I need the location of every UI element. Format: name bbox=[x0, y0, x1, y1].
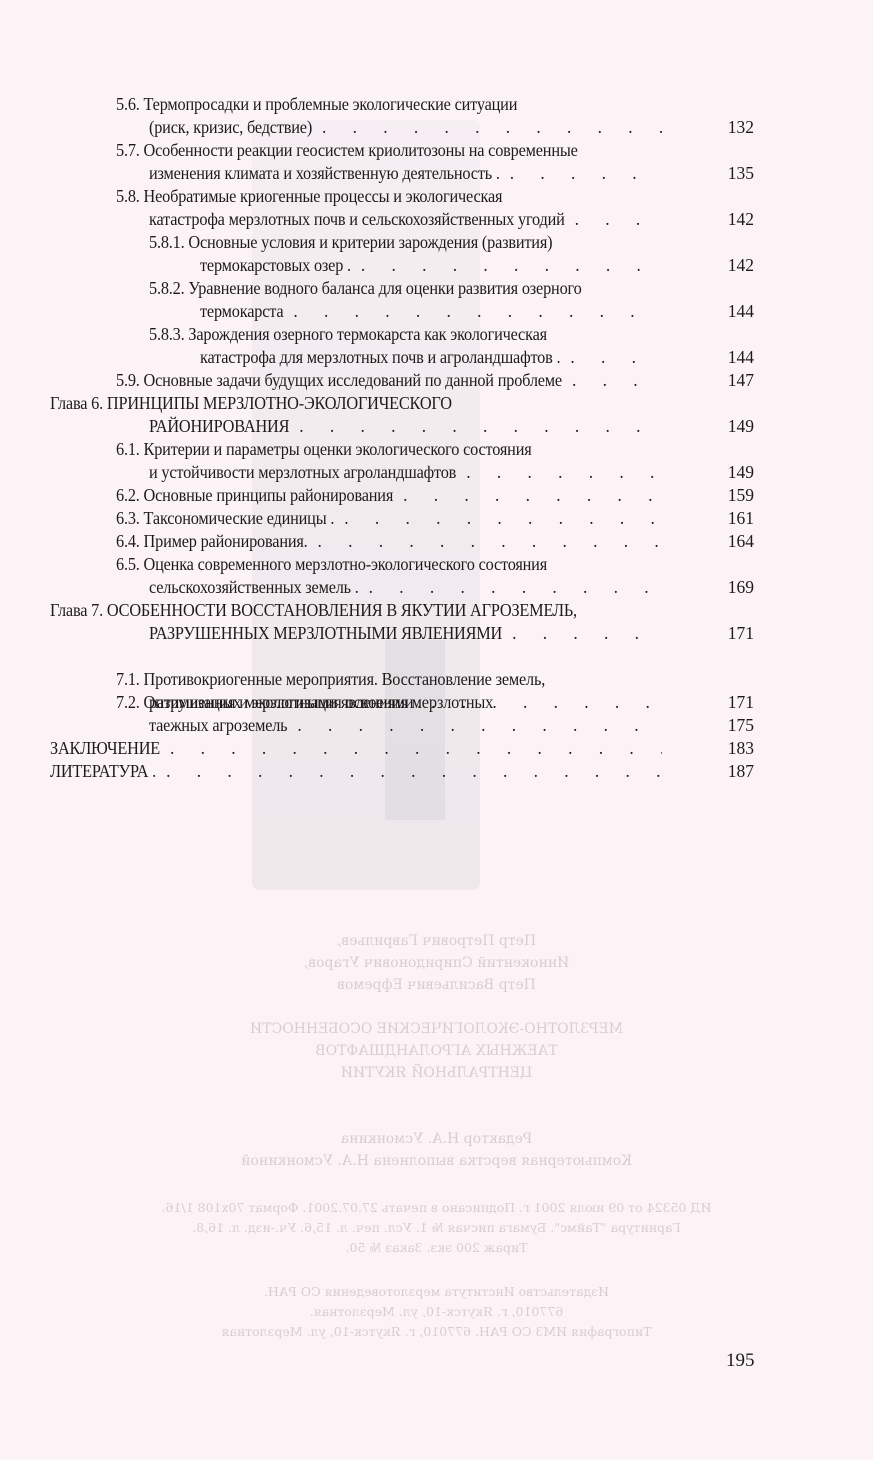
toc-page-number: 147 bbox=[694, 369, 754, 392]
bleed-line: Издательство Института мерзлотоведения С… bbox=[0, 1282, 873, 1302]
bleed-title: МЕРЗЛОТНО-ЭКОЛОГИЧЕСКИЕ ОСОБЕННОСТИ ТАЕЖ… bbox=[0, 1018, 873, 1084]
toc-entry-text: и устойчивости мерзлотных агроландшафтов bbox=[149, 461, 456, 484]
toc-entry-text: Глава 7. ОСОБЕННОСТИ ВОССТАНОВЛЕНИЯ В ЯК… bbox=[50, 599, 577, 622]
dot-leader: . . . . . . . . . . . . . . . . . . . . … bbox=[166, 760, 662, 783]
page-number: 195 bbox=[726, 1350, 755, 1372]
toc-entry-text: 6.1. Критерии и параметры оценки экологи… bbox=[116, 438, 532, 461]
bleed-line: Редактор Н.А. Усмонкина bbox=[0, 1128, 873, 1150]
bleed-line: МЕРЗЛОТНО-ЭКОЛОГИЧЕСКИЕ ОСОБЕННОСТИ bbox=[0, 1018, 873, 1040]
toc-page-number: 171 bbox=[694, 691, 754, 714]
dot-leader: . . . . . . . . . . . . . . . . . . . . … bbox=[570, 346, 662, 369]
toc-entry-text: катастрофа для мерзлотных почв и агролан… bbox=[200, 346, 560, 369]
bleed-imprint: ИД 05324 от 09 июля 2001 г. Подписано в … bbox=[0, 1198, 873, 1258]
bleed-line: Гарнитура "Таймс". Бумага писчая № 1. Ус… bbox=[0, 1218, 873, 1238]
bleed-line: Петр Васильевич Ефремов bbox=[0, 974, 873, 996]
toc-page-number: 149 bbox=[694, 461, 754, 484]
toc-entry-text: 6.4. Пример районирования. bbox=[116, 530, 308, 553]
toc-entry-text: сельскохозяйственных земель . bbox=[149, 576, 359, 599]
toc-page-number: 149 bbox=[694, 415, 754, 438]
bleed-line: Иннокентий Спиридонович Угаров, bbox=[0, 952, 873, 974]
toc-entry-text: термокарста bbox=[200, 300, 283, 323]
toc-entry-text: катастрофа мерзлотных почв и сельскохозя… bbox=[149, 208, 565, 231]
toc-entry-text: 6.2. Основные принципы районирования bbox=[116, 484, 393, 507]
toc-page-number: 159 bbox=[694, 484, 754, 507]
dot-leader: . . . . . . . . . . . . . . . . . . . . … bbox=[299, 415, 662, 438]
bleed-line: Компьютерная верстка выполнена Н.А. Усмо… bbox=[0, 1150, 873, 1172]
toc-entry-text: 7.1. Противокриогенные мероприятия. Восс… bbox=[116, 668, 545, 691]
toc-page-number: 187 bbox=[694, 760, 754, 783]
toc-page-number: 144 bbox=[694, 300, 754, 323]
toc-entry-text: ЛИТЕРАТУРА . bbox=[50, 760, 156, 783]
dot-leader: . . . . . . . . . . . . . . . . . . . . … bbox=[293, 300, 662, 323]
toc-page-number: 175 bbox=[694, 714, 754, 737]
bleed-line: Тираж 200 экз. Заказ № 50. bbox=[0, 1238, 873, 1258]
toc-page-number: 144 bbox=[694, 346, 754, 369]
toc-page-number: 142 bbox=[694, 208, 754, 231]
dot-leader: . . . . . . . . . . . . . . . . . . . . … bbox=[297, 714, 662, 737]
toc-entry-text: изменения климата и хозяйственную деятел… bbox=[149, 162, 500, 185]
toc-page-number: 132 bbox=[694, 116, 754, 139]
toc-entry-text: 6.3. Таксономические единицы . bbox=[116, 507, 334, 530]
dot-leader: . . . . . . . . . . . . . . . . . . . . … bbox=[170, 737, 662, 760]
toc-page-number: 161 bbox=[694, 507, 754, 530]
toc-entry-text: таежных агроземель bbox=[149, 714, 287, 737]
toc-page-number: 164 bbox=[694, 530, 754, 553]
toc-entry-text: термокарстовых озер . bbox=[200, 254, 351, 277]
toc-page-number: 135 bbox=[694, 162, 754, 185]
dot-leader: . . . . . . . . . . . . . . . . . . . . … bbox=[572, 369, 662, 392]
dot-leader: . . . . . . . . . . . . . . . . . . . . … bbox=[466, 461, 662, 484]
dot-leader: . . . . . . . . . . . . . . . . . . . . … bbox=[512, 622, 662, 645]
toc-entry-text: 5.6. Термопросадки и проблемные экологич… bbox=[116, 93, 517, 116]
dot-leader: . . . . . . . . . . . . . . . . . . . . … bbox=[403, 484, 662, 507]
toc-entry-text: (риск, кризис, бедствие) bbox=[149, 116, 312, 139]
dot-leader: . . . . . . . . . . . . . . . . . . . . … bbox=[361, 254, 662, 277]
toc-entry-text: 6.5. Оценка современного мерзлотно-эколо… bbox=[116, 553, 547, 576]
bleed-line: ЦЕНТРАЛЬНОЙ ЯКУТИИ bbox=[0, 1062, 873, 1084]
bleed-line: 677010, г. Якутск-10, ул. Мерзлотная. bbox=[0, 1302, 873, 1322]
bleed-line: ИД 05324 от 09 июля 2001 г. Подписано в … bbox=[0, 1198, 873, 1218]
toc-page-number: 183 bbox=[694, 737, 754, 760]
bleed-line: Петр Петрович Гаврильев, bbox=[0, 930, 873, 952]
bleed-editor: Редактор Н.А. Усмонкина Компьютерная вер… bbox=[0, 1128, 873, 1172]
toc-entry-text: 5.8. Необратимые криогенные процессы и э… bbox=[116, 185, 502, 208]
toc-entry-text: 5.7. Особенности реакции геосистем криол… bbox=[116, 139, 578, 162]
toc-entry-text: 5.8.1. Основные условия и критерии зарож… bbox=[149, 231, 552, 254]
dot-leader: . . . . . . . . . . . . . . . . . . . . … bbox=[510, 162, 662, 185]
book-page: Петр Петрович Гаврильев, Иннокентий Спир… bbox=[0, 0, 873, 1460]
bleed-line: Типография ИМЗ СО РАН. 677010, г. Якутск… bbox=[0, 1322, 873, 1342]
bleed-publisher: Издательство Института мерзлотоведения С… bbox=[0, 1282, 873, 1342]
dot-leader: . . . . . . . . . . . . . . . . . . . . … bbox=[431, 691, 662, 714]
toc-entry-text: 5.8.3. Зарождения озерного термокарста к… bbox=[149, 323, 547, 346]
bleed-authors: Петр Петрович Гаврильев, Иннокентий Спир… bbox=[0, 930, 873, 996]
dot-leader: . . . . . . . . . . . . . . . . . . . . … bbox=[344, 507, 662, 530]
toc-entry-text: 5.8.2. Уравнение водного баланса для оце… bbox=[149, 277, 582, 300]
toc-page-number: 171 bbox=[694, 622, 754, 645]
dot-leader: . . . . . . . . . . . . . . . . . . . . … bbox=[322, 116, 662, 139]
toc-entry-text: 5.9. Основные задачи будущих исследовани… bbox=[116, 369, 562, 392]
toc-entry-text: ЗАКЛЮЧЕНИЕ bbox=[50, 737, 160, 760]
toc-entry-text: РАЗРУШЕННЫХ МЕРЗЛОТНЫМИ ЯВЛЕНИЯМИ bbox=[149, 622, 502, 645]
dot-leader: . . . . . . . . . . . . . . . . . . . . … bbox=[369, 576, 662, 599]
toc-page-number: 142 bbox=[694, 254, 754, 277]
toc-entry-text: Глава 6. ПРИНЦИПЫ МЕРЗЛОТНО-ЭКОЛОГИЧЕСКО… bbox=[50, 392, 452, 415]
bleed-line: ТАЕЖНЫХ АГРОЛАНДШАФТОВ bbox=[0, 1040, 873, 1062]
toc-entry-text: РАЙОНИРОВАНИЯ bbox=[149, 415, 289, 438]
dot-leader: . . . . . . . . . . . . . . . . . . . . … bbox=[318, 530, 662, 553]
dot-leader: . . . . . . . . . . . . . . . . . . . . … bbox=[575, 208, 662, 231]
toc-page-number: 169 bbox=[694, 576, 754, 599]
